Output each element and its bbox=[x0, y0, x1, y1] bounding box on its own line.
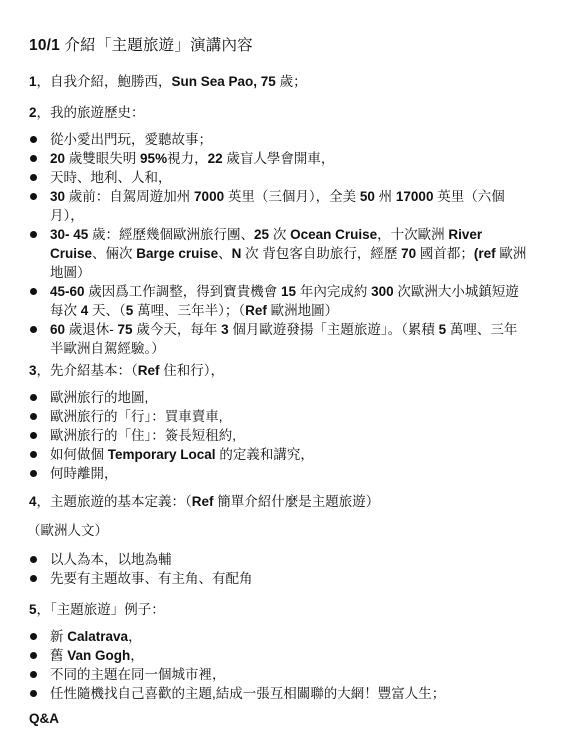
bold-run: Calatrava bbox=[67, 629, 128, 644]
text-run: 國首都； bbox=[416, 246, 474, 261]
bold-run: 95% bbox=[140, 151, 167, 166]
bold-run: (ref bbox=[474, 246, 496, 261]
bold-run: 5 bbox=[29, 602, 37, 617]
section-1-heading: 1，自我介紹，鮑勝西，Sun Sea Pao, 75 歲； bbox=[29, 70, 307, 90]
section-3-heading: 3，先介紹基本：（Ref 住和行）， bbox=[29, 359, 224, 379]
text-run: 歲今天，每年 bbox=[133, 322, 222, 337]
bold-run: 5 bbox=[439, 322, 447, 337]
section-3-list: 歐洲旅行的地圖,歐洲旅行的「行」：買車賣車,歐洲旅行的「住」：簽長短租約,如何做… bbox=[0, 388, 540, 483]
bold-run: 60 bbox=[50, 322, 65, 337]
text-run: 何時離開， bbox=[50, 466, 118, 481]
text-run: ， bbox=[128, 629, 142, 644]
text-run: 、倆次 bbox=[92, 246, 136, 261]
text-run: 舊 bbox=[50, 648, 67, 663]
bullet-icon bbox=[30, 231, 37, 238]
text-run: 歲盲人學會開車， bbox=[223, 151, 335, 166]
text-run: 個月歐遊發揚「主題旅遊」。（累積 bbox=[229, 322, 439, 337]
bullet-icon bbox=[30, 413, 37, 420]
bold-run: 22 bbox=[208, 151, 223, 166]
section-4-list: 以人為本，以地為輔先要有主題故事、有主角、有配角 bbox=[0, 550, 540, 588]
bullet-icon bbox=[30, 136, 37, 143]
text-run: 州 bbox=[375, 189, 396, 204]
text-run: 先要有主題故事、有主角、有配角 bbox=[50, 571, 253, 586]
bold-run: Sun Sea Pao, 75 bbox=[172, 74, 276, 89]
bold-run: Van Gogh bbox=[67, 648, 130, 663]
text-run: 歲； bbox=[276, 74, 307, 89]
text-run: ，我的旅遊歷史： bbox=[37, 105, 145, 120]
text-run: 視力， bbox=[167, 151, 208, 166]
bullet-icon bbox=[30, 470, 37, 477]
bold-run: 75 bbox=[118, 322, 133, 337]
text-run: 如何做個 bbox=[50, 447, 108, 462]
text-run: 簡單介紹什麼是主題旅遊） bbox=[214, 494, 380, 509]
bold-run: 30- 45 bbox=[50, 227, 88, 242]
text-run: 歐洲旅行的「住」：簽長短租約, bbox=[50, 428, 236, 443]
text-run: 次 背包客自助旅行，經歷 bbox=[241, 246, 401, 261]
bold-run: 4 bbox=[29, 494, 37, 509]
list-item: 如何做個 Temporary Local 的定義和講究， bbox=[0, 445, 530, 464]
bullet-icon bbox=[30, 556, 37, 563]
list-item: 45-60 歲因爲工作調整，得到寶貴機會 15 年內完成約 300 次歐洲大小城… bbox=[0, 282, 530, 320]
bullet-icon bbox=[30, 575, 37, 582]
text-run: 住和行）， bbox=[160, 363, 225, 378]
bold-run: Temporary Local bbox=[108, 447, 216, 462]
list-item: 天時、地利、人和， bbox=[0, 168, 530, 187]
bold-run: 25 bbox=[254, 227, 269, 242]
bullet-icon bbox=[30, 174, 37, 181]
text-run: 不同的主題在同一個城市裡， bbox=[50, 667, 226, 682]
list-item: 從小愛出門玩，愛聽故事； bbox=[0, 130, 530, 149]
bold-run: 30 bbox=[50, 189, 65, 204]
text-run: ，十次歐洲 bbox=[377, 227, 448, 242]
list-item: 不同的主題在同一個城市裡， bbox=[0, 665, 530, 684]
qa-heading: Q&A bbox=[29, 711, 59, 726]
text-run: 天、（ bbox=[88, 303, 126, 318]
bullet-icon bbox=[30, 288, 37, 295]
text-run: 從小愛出門玩，愛聽故事； bbox=[50, 132, 212, 147]
bold-run: Ocean Cruise bbox=[290, 227, 377, 242]
text-run: 英里（三個月），全美 bbox=[224, 189, 360, 204]
text-run: 歲前：自駕周遊加州 bbox=[65, 189, 194, 204]
bold-run: 45-60 bbox=[50, 284, 85, 299]
text-run: 歲：經歷幾個歐洲旅行團、 bbox=[88, 227, 254, 242]
bold-run: 3 bbox=[29, 363, 37, 378]
list-item: 舊 Van Gogh， bbox=[0, 646, 530, 665]
list-item: 以人為本，以地為輔 bbox=[0, 550, 530, 569]
text-run: ，「主題旅遊」例子： bbox=[37, 602, 165, 617]
text-run: ，先介紹基本：（ bbox=[37, 363, 138, 378]
bold-run: Ref bbox=[245, 303, 267, 318]
section-5-heading: 5，「主題旅遊」例子： bbox=[29, 598, 165, 618]
bold-run: 50 bbox=[360, 189, 375, 204]
bullet-icon bbox=[30, 633, 37, 640]
list-item: 30 歲前：自駕周遊加州 7000 英里（三個月），全美 50 州 17000 … bbox=[0, 187, 530, 225]
text-run: ， bbox=[130, 648, 144, 663]
bullet-icon bbox=[30, 690, 37, 697]
list-item: 歐洲旅行的「住」：簽長短租約, bbox=[0, 426, 530, 445]
bold-run: Ref bbox=[192, 494, 214, 509]
document-page: 10/1 介紹「主題旅遊」演講內容 1，自我介紹，鮑勝西，Sun Sea Pao… bbox=[0, 0, 563, 740]
bold-run: 17000 bbox=[396, 189, 434, 204]
list-item: 歐洲旅行的「行」：買車賣車, bbox=[0, 407, 530, 426]
bold-run: Ref bbox=[138, 363, 160, 378]
title-date: 10/1 bbox=[29, 37, 60, 54]
list-item: 歐洲旅行的地圖, bbox=[0, 388, 530, 407]
text-run: 次 bbox=[269, 227, 290, 242]
bold-run: 15 bbox=[281, 284, 296, 299]
bold-run: Barge cruise bbox=[136, 246, 218, 261]
text-run: 歐洲旅行的地圖, bbox=[50, 390, 148, 405]
list-item: 新 Calatrava， bbox=[0, 627, 530, 646]
section-4-heading: 4，主題旅遊的基本定義：（Ref 簡單介紹什麼是主題旅遊） bbox=[29, 490, 379, 510]
bullet-icon bbox=[30, 155, 37, 162]
text-run: 新 bbox=[50, 629, 67, 644]
bullet-icon bbox=[30, 451, 37, 458]
text-run: 、 bbox=[218, 246, 232, 261]
list-item: 20 歲雙眼失明 95%視力，22 歲盲人學會開車， bbox=[0, 149, 530, 168]
text-run: 歲因爲工作調整，得到寶貴機會 bbox=[85, 284, 282, 299]
text-run: 歐洲旅行的「行」：買車賣車, bbox=[50, 409, 223, 424]
list-item: 何時離開， bbox=[0, 464, 530, 483]
bold-run: 300 bbox=[371, 284, 394, 299]
bold-run: 7000 bbox=[194, 189, 224, 204]
text-run: 年內完成約 bbox=[296, 284, 371, 299]
text-run: 歲雙眼失明 bbox=[65, 151, 140, 166]
list-item: 60 歲退休- 75 歲今天，每年 3 個月歐遊發揚「主題旅遊」。（累積 5 萬… bbox=[0, 320, 530, 358]
bullet-icon bbox=[30, 394, 37, 401]
bullet-icon bbox=[30, 652, 37, 659]
text-run: 以人為本，以地為輔 bbox=[50, 552, 172, 567]
section-5-list: 新 Calatrava，舊 Van Gogh，不同的主題在同一個城市裡，任性隨機… bbox=[0, 627, 540, 703]
page-title: 10/1 介紹「主題旅遊」演講內容 bbox=[29, 33, 253, 55]
text-run: 的定義和講究， bbox=[216, 447, 314, 462]
bullet-icon bbox=[30, 671, 37, 678]
text-run: 歐洲地圖） bbox=[267, 303, 338, 318]
bold-run: 1 bbox=[29, 74, 37, 89]
text-run: 歲退休- bbox=[65, 322, 118, 337]
section-2-heading: 2，我的旅遊歷史： bbox=[29, 101, 145, 121]
section-2-list: 從小愛出門玩，愛聽故事；20 歲雙眼失明 95%視力，22 歲盲人學會開車，天時… bbox=[0, 130, 540, 358]
bold-run: 70 bbox=[401, 246, 416, 261]
bold-run: N bbox=[232, 246, 242, 261]
bullet-icon bbox=[30, 326, 37, 333]
text-run: 天時、地利、人和， bbox=[50, 170, 172, 185]
text-run: ，自我介紹，鮑勝西， bbox=[37, 74, 172, 89]
section-4-subheading: （歐洲人文） bbox=[27, 519, 108, 539]
list-item: 先要有主題故事、有主角、有配角 bbox=[0, 569, 530, 588]
text-run: ，主題旅遊的基本定義：（ bbox=[37, 494, 192, 509]
bullet-icon bbox=[30, 432, 37, 439]
text-run: 任性隨機找自己喜歡的主題,結成一張互相關聯的大網！豐富人生； bbox=[50, 686, 445, 701]
title-text: 介紹「主題旅遊」演講內容 bbox=[60, 37, 253, 54]
bold-run: 3 bbox=[221, 322, 229, 337]
bold-run: 2 bbox=[29, 105, 37, 120]
bold-run: 20 bbox=[50, 151, 65, 166]
list-item: 30- 45 歲：經歷幾個歐洲旅行團、25 次 Ocean Cruise，十次歐… bbox=[0, 225, 530, 282]
bullet-icon bbox=[30, 193, 37, 200]
list-item: 任性隨機找自己喜歡的主題,結成一張互相關聯的大網！豐富人生； bbox=[0, 684, 530, 703]
text-run: 萬哩、三年半）；（ bbox=[133, 303, 245, 318]
